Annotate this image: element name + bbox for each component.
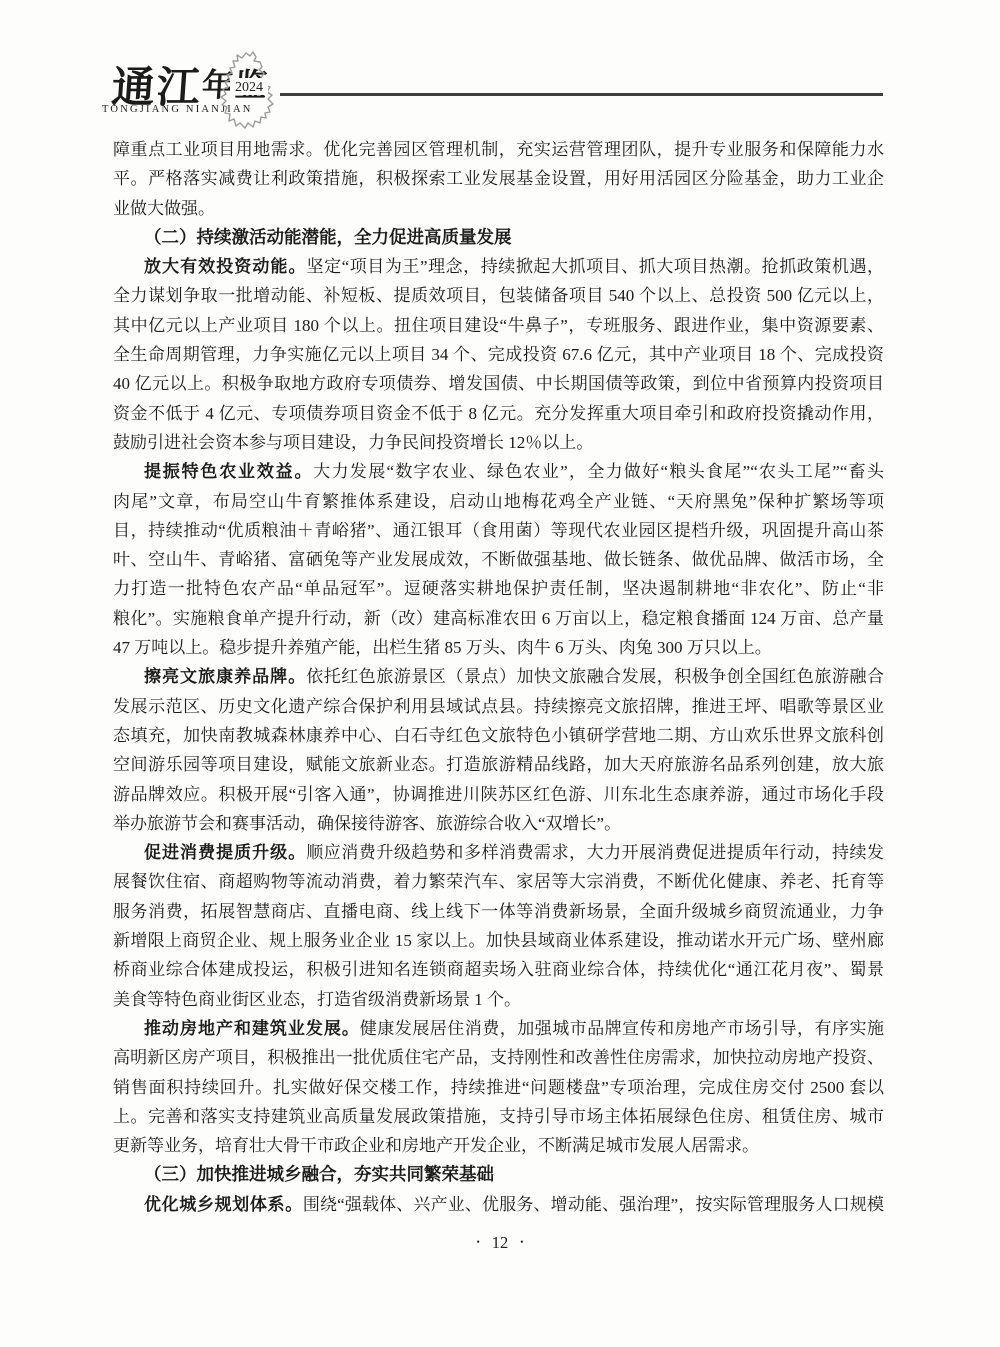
line-text: 顺应消费升级趋势和多样消费需求，大力开展消费促进提质年行动，持续发 [306,843,884,862]
paragraph-lead: 促进消费提质升级。 [144,843,306,862]
line-text: 肉尾”文章，布局空山牛育繁推体系建设，启动山地梅花鸡全产业链、“天府黑兔”保种扩… [113,492,884,511]
line-text: 围绕“强载体、兴产业、优服务、增动能、强治理”，按实际管理服务人口规模 [303,1195,884,1214]
page-number-right-dot: • [520,1237,523,1247]
text-line: 全生命周期管理，力争实施亿元以上项目 34 个、完成投资 67.6 亿元，其中产… [113,340,884,369]
county-map-outline-icon: 2024 [218,50,276,135]
text-line: 优化城乡规划体系。围绕“强载体、兴产业、优服务、增动能、强治理”，按实际管理服务… [113,1190,884,1219]
text-line: 全力谋划争取一批增动能、补短板、提质效项目，包装储备项目 540 个以上、总投资… [113,281,884,310]
line-text: 障重点工业项目用地需求。优化完善园区管理机制，充实运营管理团队，提升专业服务和保… [113,140,884,159]
text-line: 态填充，加快南教城森林康养中心、白石寺红色文旅特色小镇研学营地二期、方山欢乐世界… [113,721,884,750]
line-text: 粮化”。实施粮食单产提升行动，新（改）建高标准农田 6 万亩以上，稳定粮食播面 … [113,609,884,628]
text-line: 鼓励引进社会资本参与项目建设，力争民间投资增长 12％以上。 [113,428,884,457]
text-line: 其中亿元以上产业项目 180 个以上。扭住项目建设“牛鼻子”，专班服务、跟进作业… [113,311,884,340]
logo-year: 2024 [235,80,263,95]
text-line: 销售面积持续回升。扎实做好保交楼工作，持续推进“问题楼盘”专项治理，完成住房交付… [113,1073,884,1102]
text-line: 展餐饮住宿、商超购物等流动消费，着力繁荣汽车、家居等大宗消费，不断优化健康、养老… [113,867,884,896]
line-text: 叶、空山牛、青峪猪、富硒兔等产业发展成效，不断做强基地、做长链条、做优品牌、做活… [113,550,884,569]
line-text: 平。严格落实减费让利政策措施，积极探索工业发展基金设置，用好用活园区分险基金，助… [113,169,884,188]
text-line: 桥商业综合体建成投运，积极引进知名连锁商超卖场入驻商业综合体，持续优化“通江花月… [113,955,884,984]
paragraph-lead: 擦亮文旅康养品牌。 [144,667,306,686]
text-line: 推动房地产和建筑业发展。健康发展居住消费，加强城市品牌宣传和房地产市场引导，有序… [113,1014,884,1043]
line-text: 游品牌效应。积极开展“引客入通”，协调推进川陕苏区红色游、川东北生态康养游，通过… [113,785,884,804]
line-text: 更新等业务，培育壮大骨干市政企业和房地产开发企业，不断满足城市发展人居需求。 [113,1136,759,1155]
line-text: 40 亿元以上。积极争取地方政府专项债券、增发国债、中长期国债等政策，到位中省预… [113,374,884,393]
page-number-left-dot: • [477,1237,480,1247]
line-text: 服务消费，拓展智慧商店、直播电商、线上线下一体等消费新场景，全面升级城乡商贸流通… [113,902,884,921]
line-text: 态填充，加快南教城森林康养中心、白石寺红色文旅特色小镇研学营地二期、方山欢乐世界… [113,726,884,745]
line-text: 高明新区房产项目，积极推出一批优质住宅产品，支持刚性和改善性住房需求，加快拉动房… [113,1048,884,1067]
yearbook-logo: 通江年鉴 TONGJIANG NIANJIAN 2024 [100,52,300,132]
line-text: （三）加快推进城乡融合，夯实共同繁荣基础 [144,1164,494,1184]
text-line: 发展示范区、历史文化遗产综合保护利用县域试点县。持续擦亮文旅招牌，推进王坪、唱歌… [113,692,884,721]
text-line: 高明新区房产项目，积极推出一批优质住宅产品，支持刚性和改善性住房需求，加快拉动房… [113,1043,884,1072]
line-text: 依托红色旅游景区（景点）加快文旅融合发展，积极争创全国红色旅游融合 [306,667,884,686]
paragraph-lead: 优化城乡规划体系。 [144,1195,303,1214]
section-heading: （三）加快推进城乡融合，夯实共同繁荣基础 [113,1160,884,1189]
line-text: 新增限上商贸企业、规上服务业企业 15 家以上。加快县域商业体系建设，推动诺水开… [113,931,884,950]
line-text: 销售面积持续回升。扎实做好保交楼工作，持续推进“问题楼盘”专项治理，完成住房交付… [113,1078,884,1097]
line-text: 上。完善和落实支持建筑业高质量发展政策措施，支持引导市场主体拓展绿色住房、租赁住… [113,1107,884,1126]
paragraph-lead: 推动房地产和建筑业发展。 [144,1019,360,1038]
line-text: 资金不低于 4 亿元、专项债券项目资金不低于 8 亿元。充分发挥重大项目牵引和政… [113,404,884,423]
header-rule [280,93,883,96]
line-text: 桥商业综合体建成投运，积极引进知名连锁商超卖场入驻商业综合体，持续优化“通江花月… [113,960,884,979]
line-text: 目，持续推动“优质粮油＋青峪猪”、通江银耳（食用菌）等现代农业园区提档升级，巩固… [113,521,884,540]
yearbook-page: 通江年鉴 TONGJIANG NIANJIAN 2024 障重点工业项目用地需求… [0,0,1000,1347]
line-text: 健康发展居住消费，加强城市品牌宣传和房地产市场引导，有序实施 [360,1019,884,1038]
page-number-value: 12 [492,1233,509,1252]
text-line: 新增限上商贸企业、规上服务业企业 15 家以上。加快县域商业体系建设，推动诺水开… [113,926,884,955]
line-text: 其中亿元以上产业项目 180 个以上。扭住项目建设“牛鼻子”，专班服务、跟进作业… [113,316,884,335]
text-line: 美食等特色商业街区业态，打造省级消费新场景 1 个。 [113,985,884,1014]
text-line: 目，持续推动“优质粮油＋青峪猪”、通江银耳（食用菌）等现代农业园区提档升级，巩固… [113,516,884,545]
page-number: •12• [0,1233,1000,1253]
text-line: 业做大做强。 [113,194,884,223]
paragraph-lead: 提振特色农业效益。 [144,462,313,481]
line-text: 47 万吨以上。稳步提升养殖产能，出栏生猪 85 万头、肉牛 6 万头、肉兔 3… [113,638,772,657]
text-line: 空间游乐园等项目建设，赋能文旅新业态。打造旅游精品线路，加大天府旅游名品系列创建… [113,750,884,779]
line-text: 空间游乐园等项目建设，赋能文旅新业态。打造旅游精品线路，加大天府旅游名品系列创建… [113,755,884,774]
text-line: 平。严格落实减费让利政策措施，积极探索工业发展基金设置，用好用活园区分险基金，助… [113,164,884,193]
line-text: 举办旅游节会和赛事活动，确保接待游客、旅游综合收入“双增长”。 [113,814,621,833]
line-text: 鼓励引进社会资本参与项目建设，力争民间投资增长 12％以上。 [113,433,593,452]
line-text: 发展示范区、历史文化遗产综合保护利用县域试点县。持续擦亮文旅招牌，推进王坪、唱歌… [113,697,884,716]
text-line: 障重点工业项目用地需求。优化完善园区管理机制，充实运营管理团队，提升专业服务和保… [113,135,884,164]
text-line: 游品牌效应。积极开展“引客入通”，协调推进川陕苏区红色游、川东北生态康养游，通过… [113,780,884,809]
line-text: 坚定“项目为王”理念，持续掀起大抓项目、抓大项目热潮。抢抓政策机遇， [307,257,884,276]
line-text: 美食等特色商业街区业态，打造省级消费新场景 1 个。 [113,990,521,1009]
line-text: 大力发展“数字农业、绿色农业”，全力做好“粮头食尾”“农头工尾”“畜头 [313,462,884,481]
text-line: 提振特色农业效益。大力发展“数字农业、绿色农业”，全力做好“粮头食尾”“农头工尾… [113,457,884,486]
line-text: 全力谋划争取一批增动能、补短板、提质效项目，包装储备项目 540 个以上、总投资… [113,286,884,305]
text-line: 更新等业务，培育壮大骨干市政企业和房地产开发企业，不断满足城市发展人居需求。 [113,1131,884,1160]
text-line: 叶、空山牛、青峪猪、富硒兔等产业发展成效，不断做强基地、做长链条、做优品牌、做活… [113,545,884,574]
text-line: 47 万吨以上。稳步提升养殖产能，出栏生猪 85 万头、肉牛 6 万头、肉兔 3… [113,633,884,662]
text-line: 粮化”。实施粮食单产提升行动，新（改）建高标准农田 6 万亩以上，稳定粮食播面 … [113,604,884,633]
line-text: 业做大做强。 [113,199,215,218]
line-text: 力打造一批特色农产品“单品冠军”。逗硬落实耕地保护责任制，坚决遏制耕地“非农化”… [113,579,884,598]
text-line: 肉尾”文章，布局空山牛育繁推体系建设，启动山地梅花鸡全产业链、“天府黑兔”保种扩… [113,487,884,516]
line-text: 全生命周期管理，力争实施亿元以上项目 34 个、完成投资 67.6 亿元，其中产… [113,345,884,364]
paragraph-lead: 放大有效投资动能。 [144,257,307,276]
section-heading: （二）持续激活动能潜能，全力促进高质量发展 [113,223,884,252]
text-line: 上。完善和落实支持建筑业高质量发展政策措施，支持引导市场主体拓展绿色住房、租赁住… [113,1102,884,1131]
text-line: 擦亮文旅康养品牌。依托红色旅游景区（景点）加快文旅融合发展，积极争创全国红色旅游… [113,662,884,691]
text-line: 资金不低于 4 亿元、专项债券项目资金不低于 8 亿元。充分发挥重大项目牵引和政… [113,399,884,428]
line-text: 展餐饮住宿、商超购物等流动消费，着力繁荣汽车、家居等大宗消费，不断优化健康、养老… [113,872,884,891]
text-line: 力打造一批特色农产品“单品冠军”。逗硬落实耕地保护责任制，坚决遏制耕地“非农化”… [113,574,884,603]
text-line: 40 亿元以上。积极争取地方政府专项债券、增发国债、中长期国债等政策，到位中省预… [113,369,884,398]
line-text: （二）持续激活动能潜能，全力促进高质量发展 [144,227,512,247]
text-line: 放大有效投资动能。坚定“项目为王”理念，持续掀起大抓项目、抓大项目热潮。抢抓政策… [113,252,884,281]
text-line: 促进消费提质升级。顺应消费升级趋势和多样消费需求，大力开展消费促进提质年行动，持… [113,838,884,867]
text-line: 服务消费，拓展智慧商店、直播电商、线上线下一体等消费新场景，全面升级城乡商贸流通… [113,897,884,926]
text-line: 举办旅游节会和赛事活动，确保接待游客、旅游综合收入“双增长”。 [113,809,884,838]
document-body: 障重点工业项目用地需求。优化完善园区管理机制，充实运营管理团队，提升专业服务和保… [113,135,884,1219]
